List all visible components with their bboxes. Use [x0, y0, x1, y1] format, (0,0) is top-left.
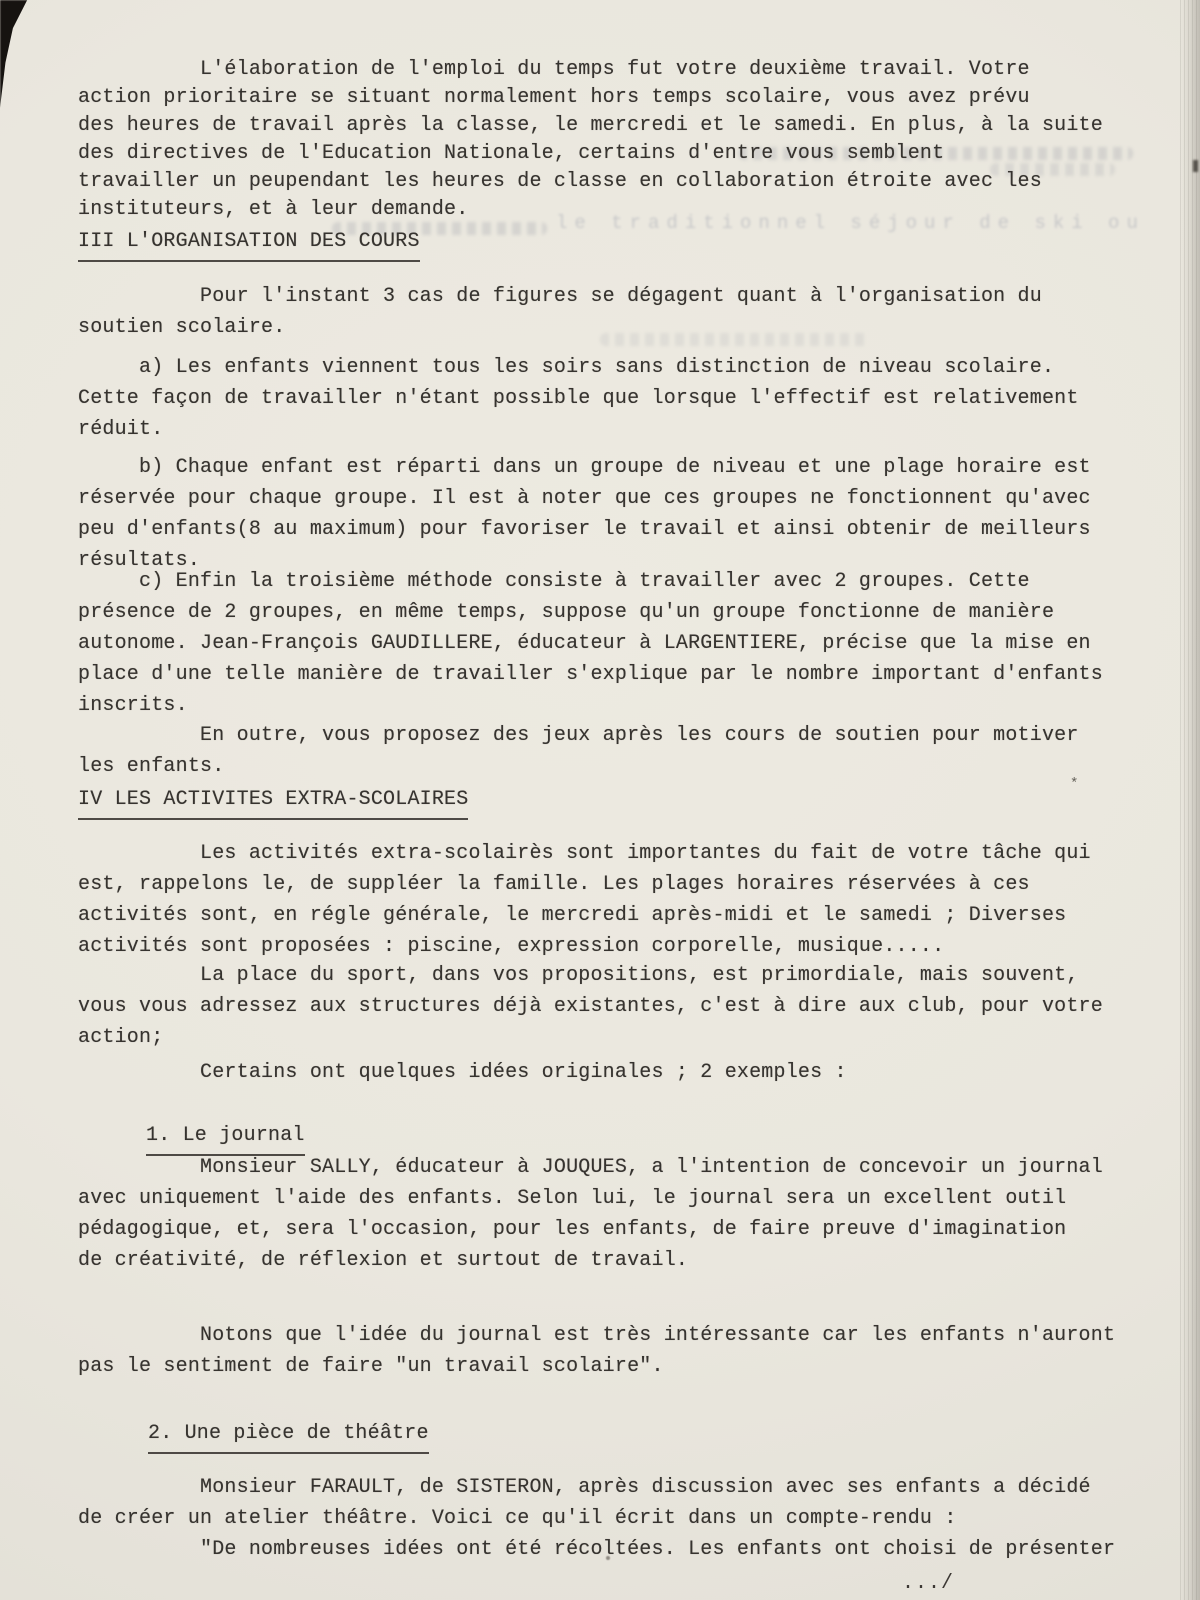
heading-sub-1: 1. Le journal: [146, 1120, 305, 1156]
scan-corner-artifact: [0, 0, 34, 108]
heading-sub-2: 2. Une pièce de théâtre: [148, 1418, 429, 1454]
heading-section-4-label: IV LES ACTIVITES EXTRA-SCOLAIRES: [78, 784, 468, 820]
paragraph-intro: L'élaboration de l'emploi du temps fut v…: [78, 56, 1103, 224]
paragraph-sport: La place du sport, dans vos propositions…: [78, 960, 1103, 1053]
ink-speck: [606, 1556, 610, 1560]
paragraph-case-a: a) Les enfants viennent tous les soirs s…: [78, 352, 1079, 445]
paragraph-case-c: c) Enfin la troisième méthode consiste à…: [78, 566, 1103, 721]
paragraph-notons: Notons que l'idée du journal est très in…: [78, 1320, 1115, 1382]
continuation-mark: .../: [902, 1572, 954, 1595]
paragraph-case-b: b) Chaque enfant est réparti dans un gro…: [78, 452, 1091, 576]
page-right-edge-shadow: [1180, 0, 1200, 1600]
heading-section-3: III L'ORGANISATION DES COURS: [78, 226, 420, 262]
scanned-page: le traditionnel séjour de ski ou L'élabo…: [0, 0, 1200, 1600]
heading-section-3-label: III L'ORGANISATION DES COURS: [78, 226, 420, 262]
heading-sub-1-label: 1. Le journal: [146, 1120, 305, 1156]
paragraph-theatre: Monsieur FARAULT, de SISTERON, après dis…: [78, 1472, 1115, 1565]
paragraph-certains: Certains ont quelques idées originales ;…: [78, 1057, 847, 1088]
heading-section-4: IV LES ACTIVITES EXTRA-SCOLAIRES: [78, 784, 468, 820]
heading-sub-2-label: 2. Une pièce de théâtre: [148, 1418, 429, 1454]
stray-mark: *: [1070, 776, 1078, 792]
scan-edge-speck: [1193, 160, 1198, 172]
paragraph-en-outre: En outre, vous proposez des jeux après l…: [78, 720, 1079, 782]
paragraph-activites: Les activités extra-scolairès sont impor…: [78, 838, 1091, 962]
paragraph-journal: Monsieur SALLY, éducateur à JOUQUES, a l…: [78, 1152, 1103, 1276]
paragraph-pour-instant: Pour l'instant 3 cas de figures se dégag…: [78, 281, 1042, 343]
